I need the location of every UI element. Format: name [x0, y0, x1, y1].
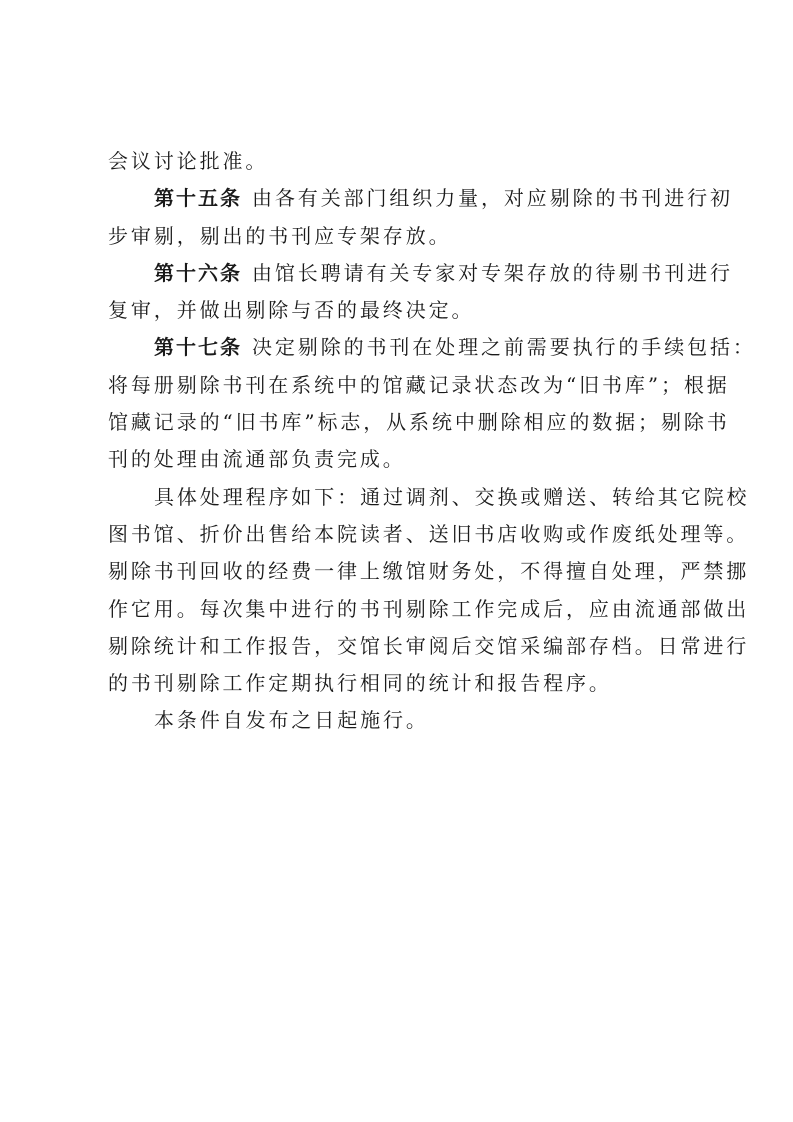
text-line: 复审，并做出剔除与否的最终决定。: [108, 292, 694, 329]
effective-date-line: 本条件自发布之日起施行。: [108, 702, 694, 739]
article-heading: 第十六条: [154, 261, 242, 285]
line-text: 将每册剔除书刊在系统中的馆藏记录状态改为“旧书库”；根据: [108, 373, 730, 397]
document-page: 会议讨论批准。 第十五条由各有关部门组织力量，对应剔除的书刊进行初 步审剔，剔出…: [108, 143, 694, 740]
line-text: 剔除统计和工作报告，交馆长审阅后交馆采编部存档。日常进行: [108, 634, 749, 658]
article-heading: 第十五条: [154, 186, 242, 210]
procedure-paragraph-start: 具体处理程序如下：通过调剂、交换或赠送、转给其它院校: [108, 479, 694, 516]
line-text: 决定剔除的书刊在处理之前需要执行的手续包括：: [252, 335, 756, 359]
text-line: 会议讨论批准。: [108, 143, 694, 180]
line-text: 由各有关部门组织力量，对应剔除的书刊进行初: [252, 186, 733, 210]
text-line: 图书馆、折价出售给本院读者、送旧书店收购或作废纸处理等。: [108, 516, 694, 553]
text-line: 剔除统计和工作报告，交馆长审阅后交馆采编部存档。日常进行: [108, 628, 694, 665]
line-text: 由馆长聘请有关专家对专架存放的待剔书刊进行: [252, 261, 733, 285]
line-text: 馆藏记录的“旧书库”标志，从系统中删除相应的数据；剔除书: [108, 410, 730, 434]
article-heading: 第十七条: [154, 335, 242, 359]
text-line: 将每册剔除书刊在系统中的馆藏记录状态改为“旧书库”；根据: [108, 367, 694, 404]
article-17-line: 第十七条决定剔除的书刊在处理之前需要执行的手续包括：: [108, 329, 694, 366]
line-text: 步审剔，剔出的书刊应专架存放。: [108, 224, 452, 248]
text-line: 馆藏记录的“旧书库”标志，从系统中删除相应的数据；剔除书: [108, 404, 694, 441]
line-text: 剔除书刊回收的经费一律上缴馆财务处，不得擅自处理，严禁挪: [108, 559, 749, 583]
line-text: 图书馆、折价出售给本院读者、送旧书店收购或作废纸处理等。: [108, 522, 749, 546]
text-line: 步审剔，剔出的书刊应专架存放。: [108, 218, 694, 255]
line-text: 会议讨论批准。: [108, 149, 268, 173]
article-16-line: 第十六条由馆长聘请有关专家对专架存放的待剔书刊进行: [108, 255, 694, 292]
text-line: 剔除书刊回收的经费一律上缴馆财务处，不得擅自处理，严禁挪: [108, 553, 694, 590]
text-line: 刊的处理由流通部负责完成。: [108, 441, 694, 478]
line-text: 具体处理程序如下：通过调剂、交换或赠送、转给其它院校: [154, 485, 749, 509]
article-15-line: 第十五条由各有关部门组织力量，对应剔除的书刊进行初: [108, 180, 694, 217]
text-line: 的书刊剔除工作定期执行相同的统计和报告程序。: [108, 665, 694, 702]
line-text: 复审，并做出剔除与否的最终决定。: [108, 298, 474, 322]
text-line: 作它用。每次集中进行的书刊剔除工作完成后，应由流通部做出: [108, 591, 694, 628]
line-text: 的书刊剔除工作定期执行相同的统计和报告程序。: [108, 671, 612, 695]
line-text: 本条件自发布之日起施行。: [154, 708, 429, 732]
line-text: 作它用。每次集中进行的书刊剔除工作完成后，应由流通部做出: [108, 597, 749, 621]
line-text: 刊的处理由流通部负责完成。: [108, 447, 406, 471]
